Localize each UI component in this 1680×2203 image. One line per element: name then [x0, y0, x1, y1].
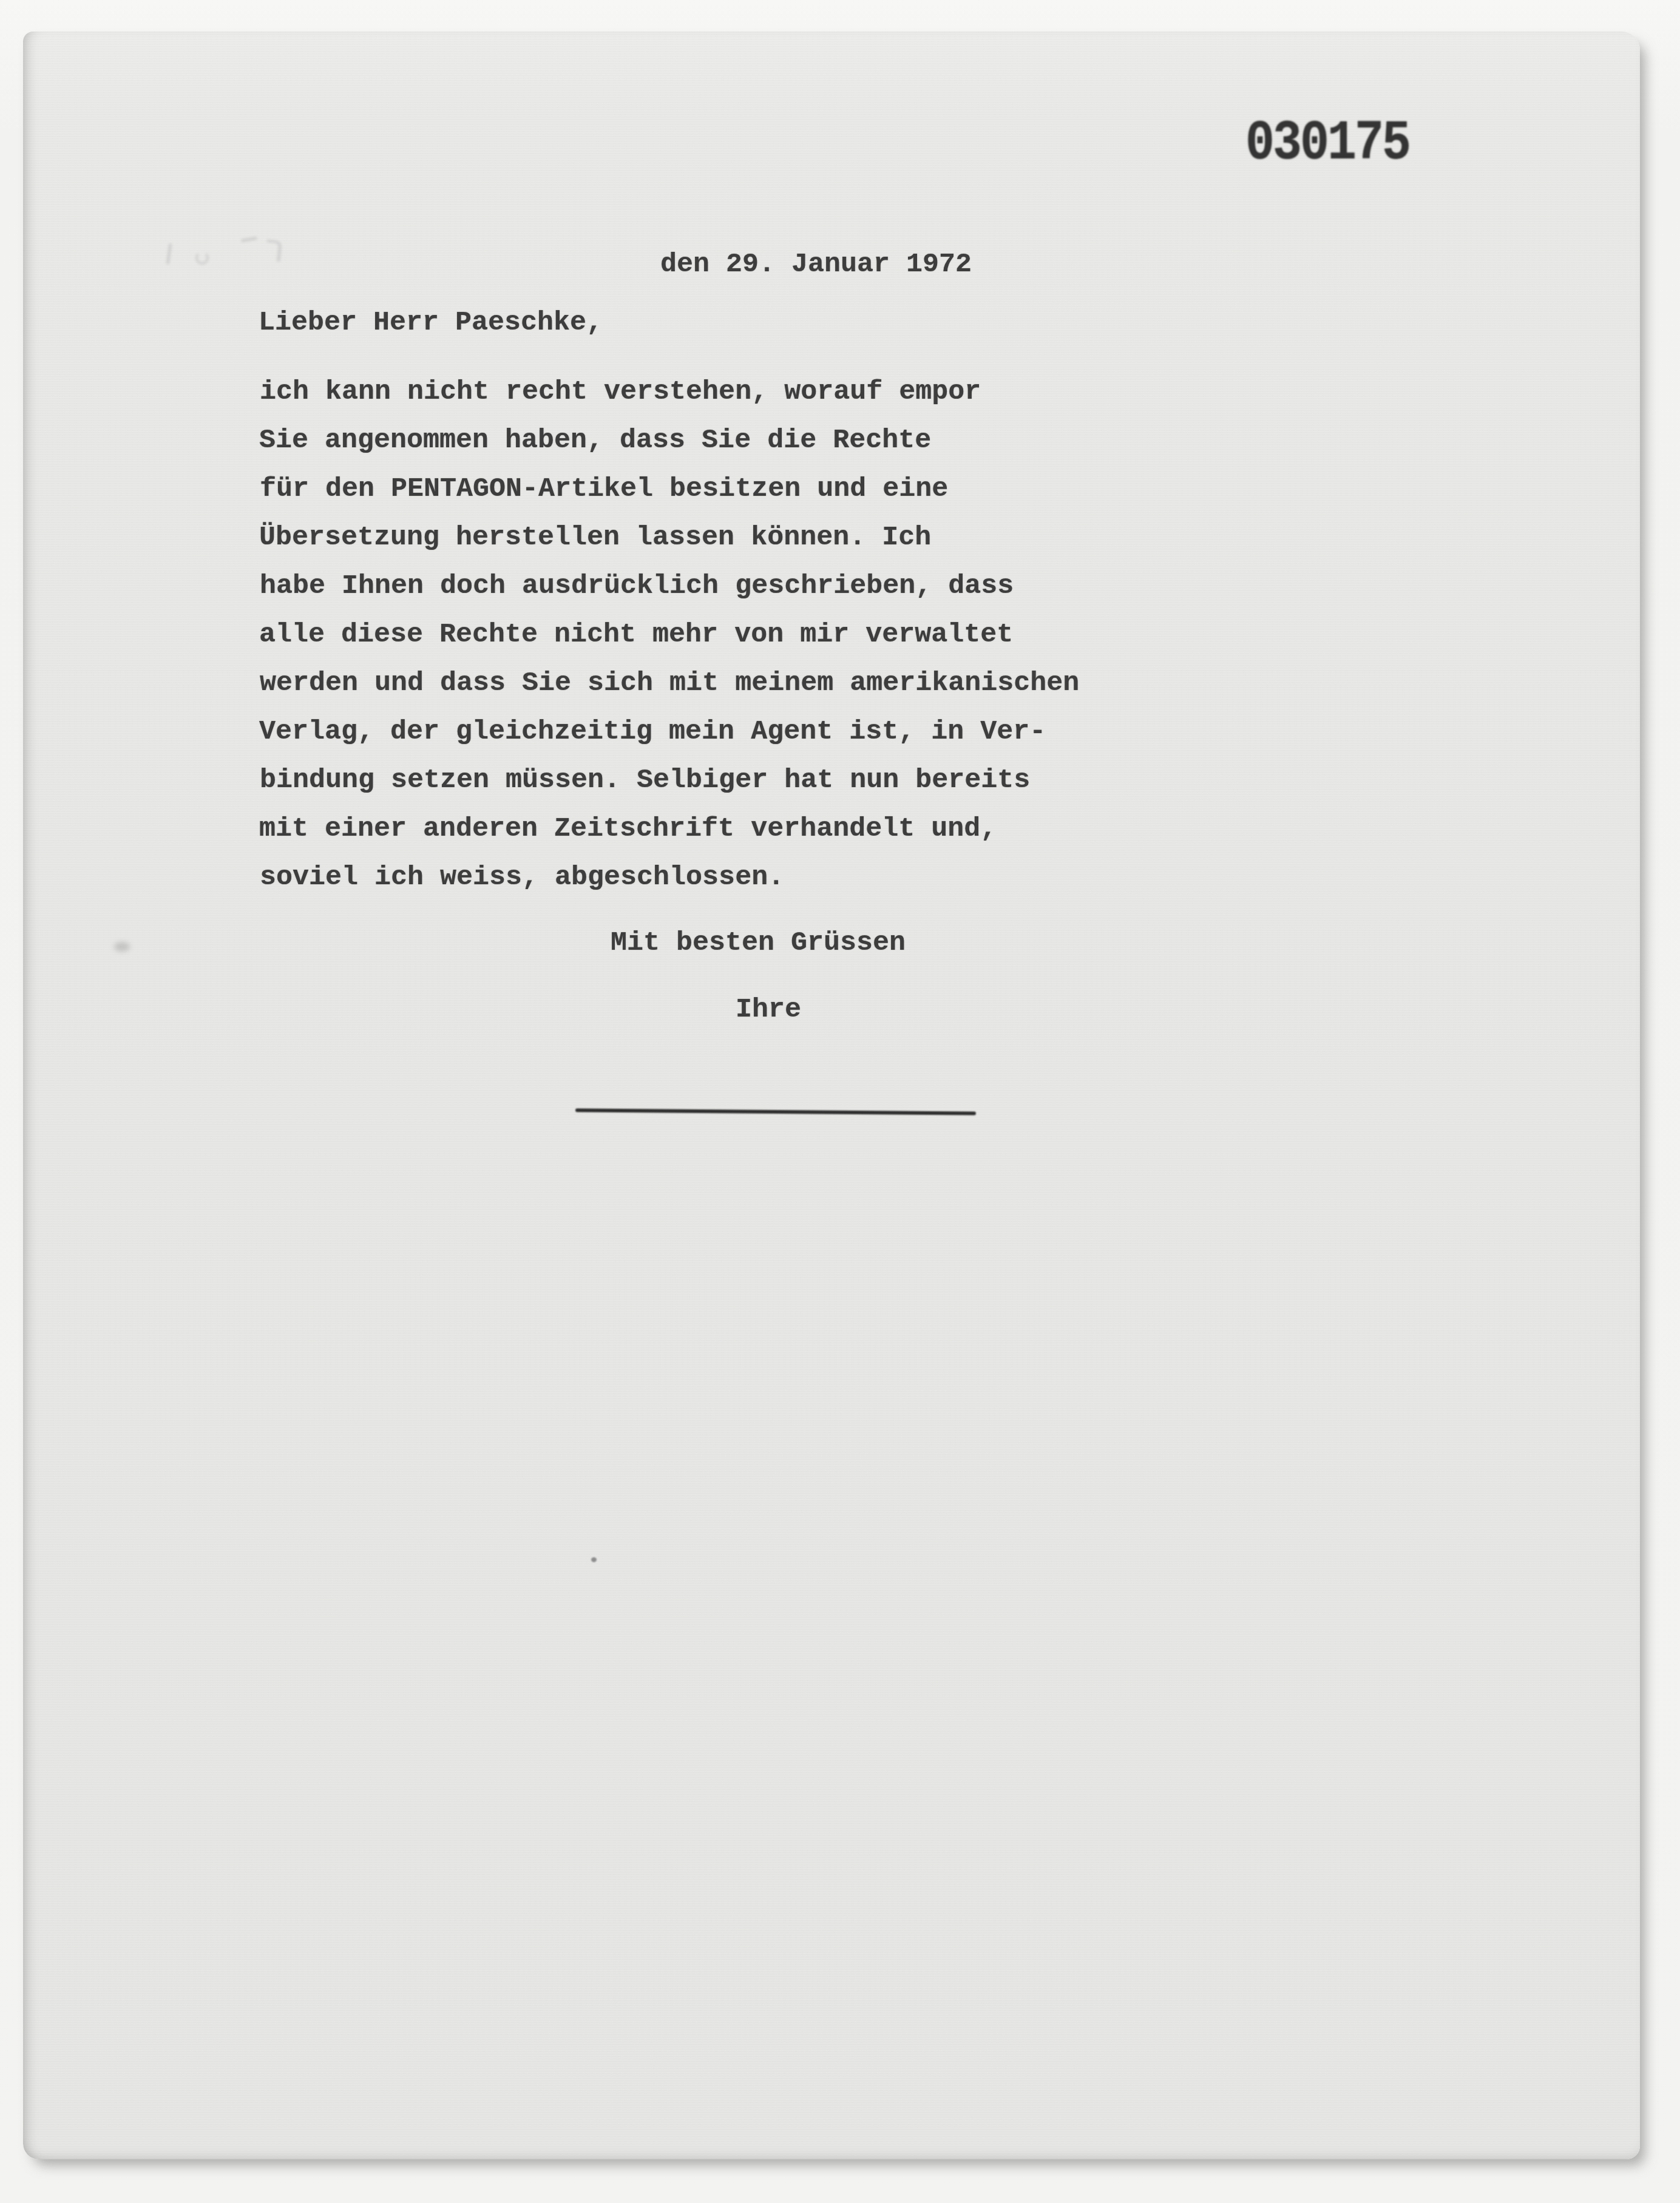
body-line: ich kann nicht recht verstehen, worauf e…: [260, 376, 981, 407]
body-line: mit einer anderen Zeitschrift verhandelt…: [259, 813, 997, 844]
scanned-letter-page: 030175 den 29. Januar 1972 Lieber Herr P…: [0, 0, 1680, 2203]
faint-pencil-mark: [265, 240, 282, 262]
body-line: bindung setzen müssen. Selbiger hat nun …: [260, 765, 1030, 796]
faint-pencil-mark: [195, 251, 209, 265]
salutation: Lieber Herr Paeschke,: [259, 307, 603, 338]
paper-speck: [591, 1557, 597, 1562]
body-line: Übersetzung herstellen lassen können. Ic…: [259, 522, 931, 553]
paper-sheet: [23, 32, 1640, 2159]
signature-prefix: Ihre: [736, 994, 801, 1025]
paper-smudge: [114, 942, 130, 952]
closing-line: Mit besten Grüssen: [611, 927, 906, 958]
body-line: für den PENTAGON-Artikel besitzen und ei…: [260, 473, 948, 504]
body-line: habe Ihnen doch ausdrücklich geschrieben…: [260, 570, 1014, 601]
body-line: alle diese Rechte nicht mehr von mir ver…: [259, 619, 1013, 650]
stamp-number: 030175: [1245, 112, 1409, 176]
body-line: Verlag, der gleichzeitig mein Agent ist,…: [259, 716, 1046, 747]
body-line: Sie angenommen haben, dass Sie die Recht…: [259, 425, 931, 456]
body-line: werden und dass Sie sich mit meinem amer…: [260, 668, 1079, 699]
date-line: den 29. Januar 1972: [660, 249, 972, 280]
body-line: soviel ich weiss, abgeschlossen.: [260, 862, 784, 893]
